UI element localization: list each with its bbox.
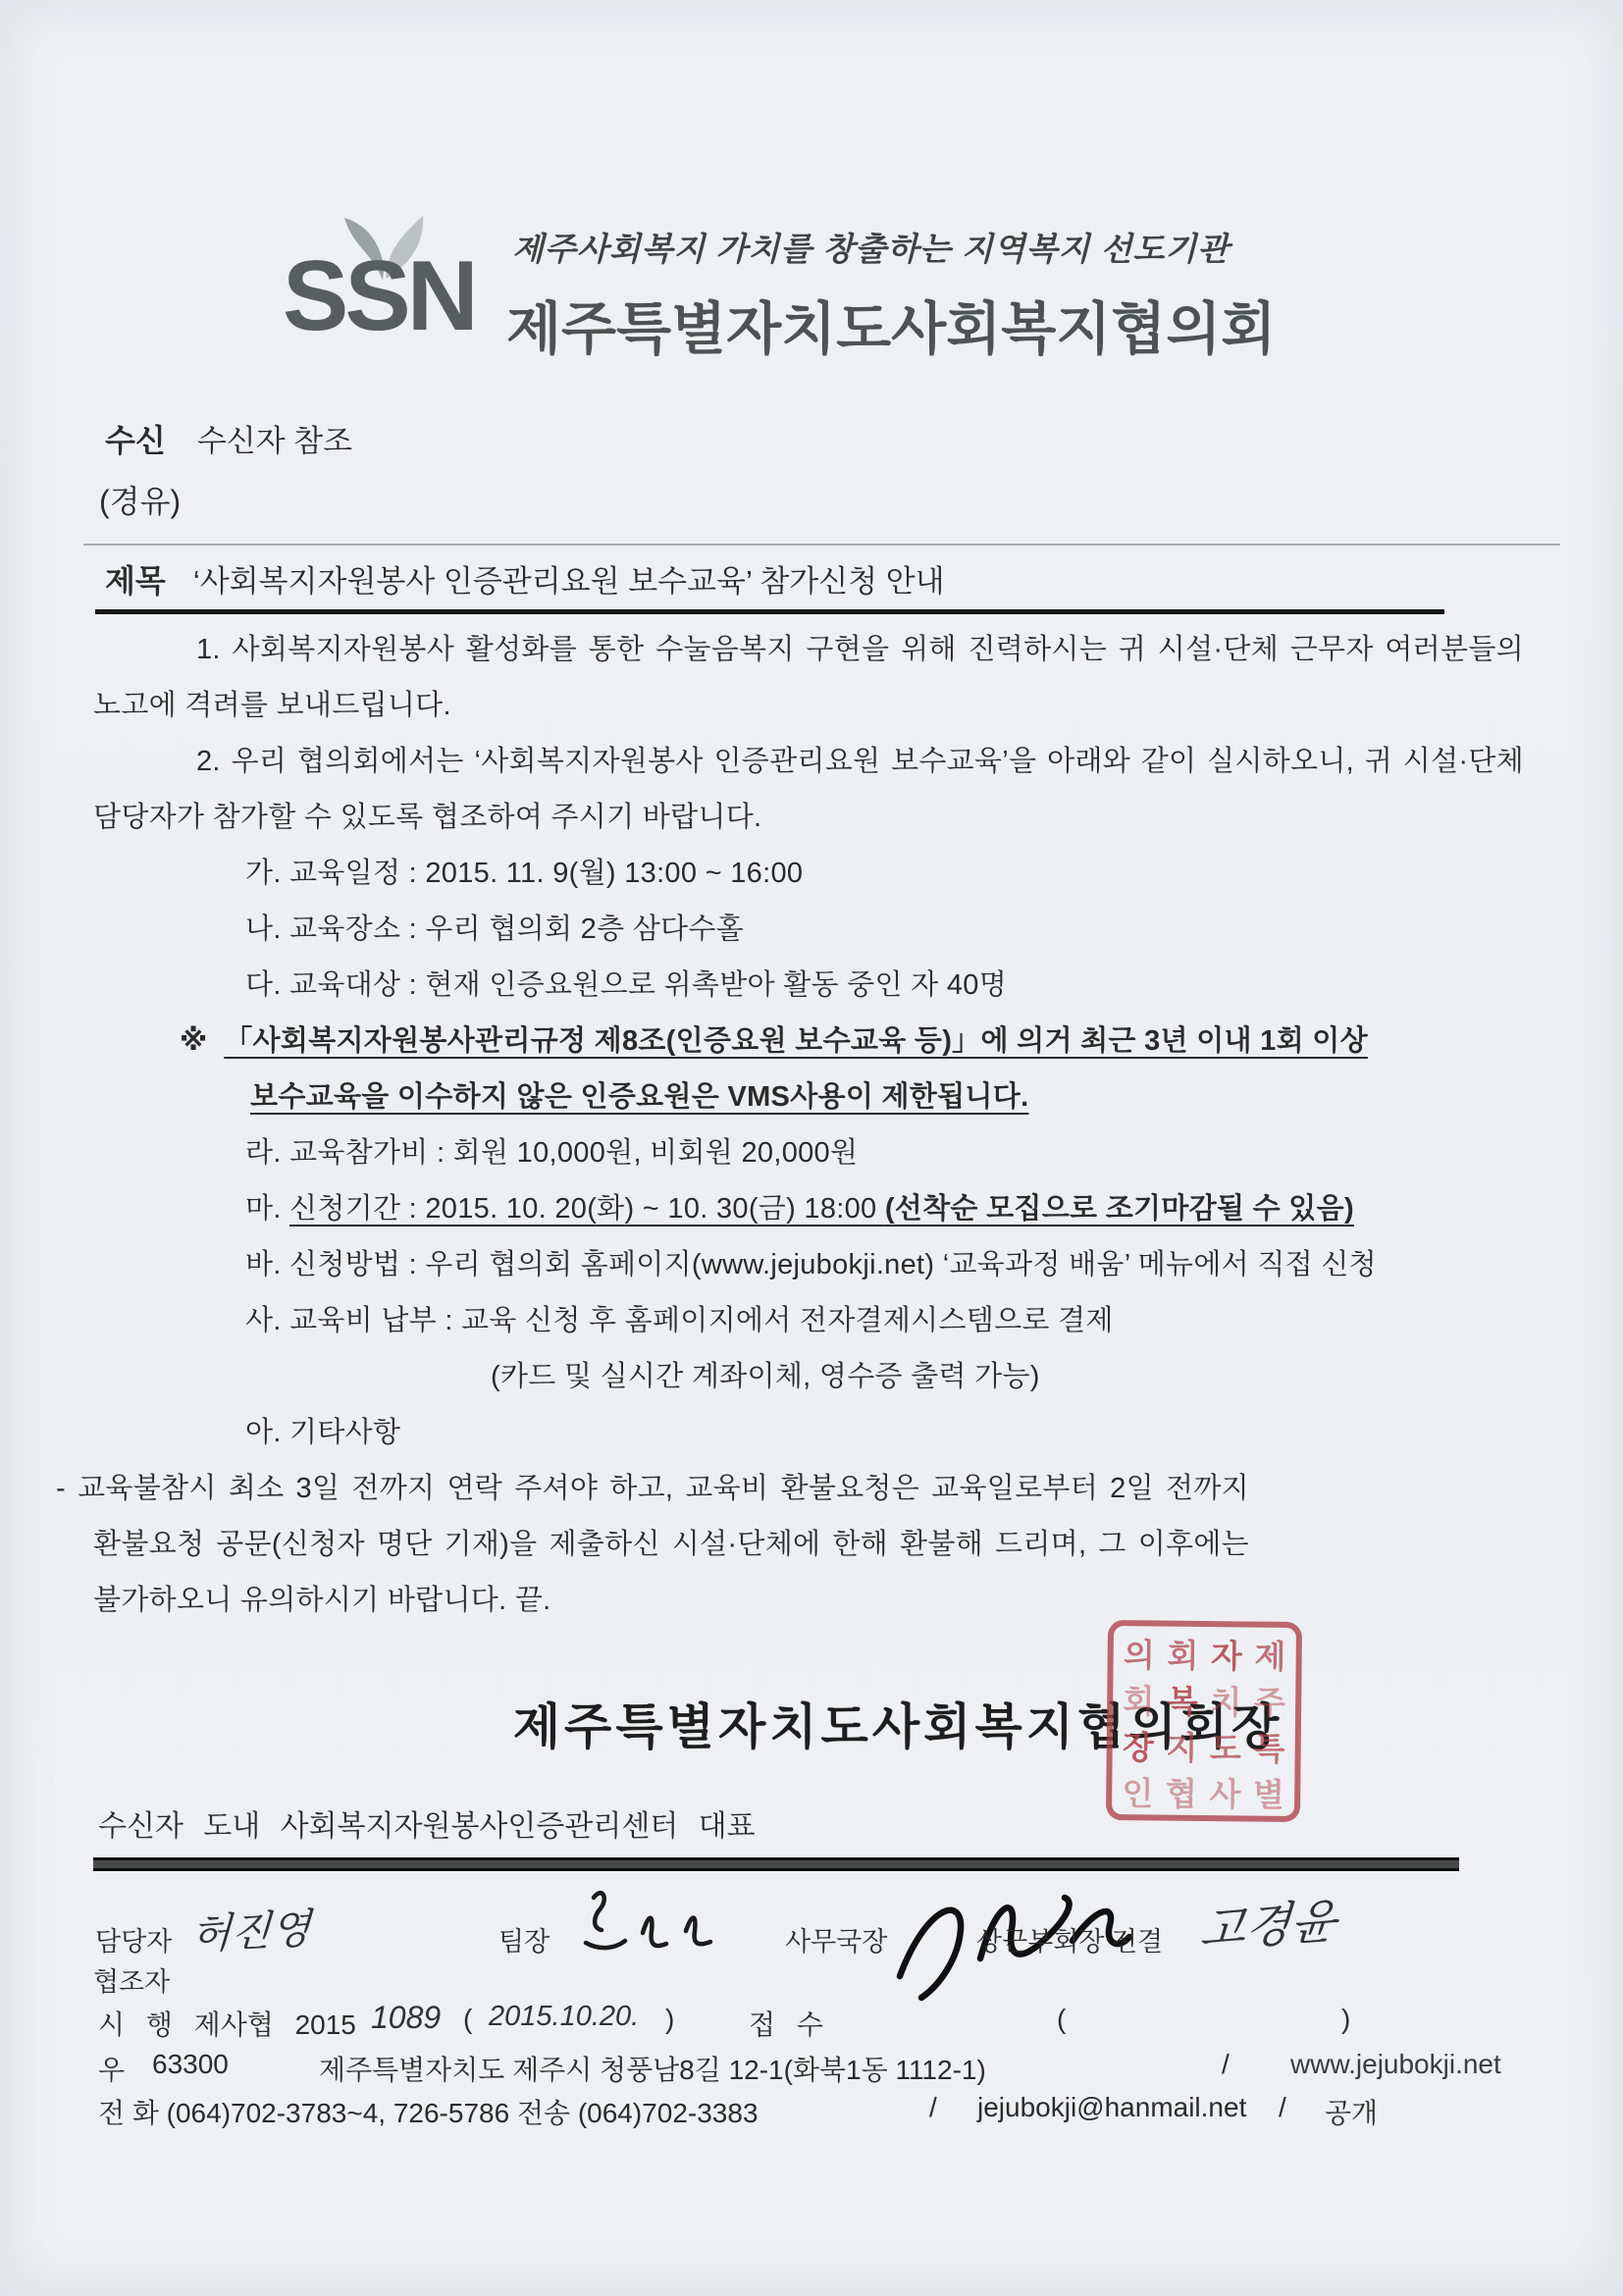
- paren-open: (: [463, 2004, 472, 2035]
- subject-value: ‘사회복지자원봉사 인증관리요원 보수교육’ 참가신청 안내: [193, 564, 945, 599]
- letter-body: 1. 사회복지자원봉사 활성화를 통한 수눌음복지 구현을 위해 진력하시는 귀…: [93, 622, 1524, 1629]
- seal-char: 회: [1117, 1676, 1161, 1722]
- item-payment: 사. 교육비 납부 : 교육 신청 후 홈페이지에서 전자결제시스템으로 결제: [93, 1293, 1524, 1349]
- contact-separator-1: /: [929, 2092, 937, 2123]
- seal-char: 사: [1203, 1769, 1247, 1815]
- organization-name: 제주특별자치도사회복지협의회: [506, 283, 1276, 365]
- signer-title: 제주특별자치도사회복지협의회장: [177, 1688, 1619, 1758]
- note-line-2-text: 보수교육을 이수하지 않은 인증요원은 VMS사용이 제한됩니다.: [250, 1081, 1028, 1113]
- seal-char: 장: [1116, 1722, 1160, 1768]
- seal-char: 인: [1116, 1768, 1160, 1814]
- seal-char: 치: [1204, 1677, 1248, 1723]
- role-secretary-general-label: 사무국장: [785, 1920, 887, 1958]
- phone-fax-numbers: 전 화 (064)702-3783~4, 726-5786 전송 (064)70…: [98, 2092, 759, 2131]
- paren-close: ): [665, 2004, 674, 2035]
- document-number-label: 시 행 제사협 2015 -: [98, 2004, 387, 2043]
- item-application-period: 마. 신청기간 : 2015. 10. 20(화) ~ 10. 30(금) 18…: [93, 1181, 1524, 1237]
- seal-char: 제: [1248, 1631, 1292, 1677]
- subject-row: 제목‘사회복지자원봉사 인증관리요원 보수교육’ 참가신청 안내: [105, 556, 945, 601]
- item-fee: 라. 교육참가비 : 회원 10,000원, 비회원 20,000원: [93, 1125, 1524, 1181]
- street-address: 제주특별자치도 제주시 청풍남8길 12-1(화북1동 1112-1): [319, 2049, 986, 2088]
- staff-signature-name: 허진영: [190, 1897, 313, 1962]
- item-etc: 아. 기타사항: [93, 1405, 1524, 1461]
- role-vice-chairman-label: 상근부회장 전결: [976, 1920, 1163, 1958]
- logo-text: SSN: [283, 251, 475, 342]
- email-address: jejubokji@hanmail.net: [977, 2092, 1246, 2123]
- address-separator: /: [1222, 2049, 1230, 2080]
- cooperator-label: 협조자: [93, 1960, 170, 1999]
- seal-char: 지: [1160, 1723, 1204, 1769]
- seal-char: 도: [1203, 1723, 1247, 1769]
- postal-code: 63300: [152, 2049, 229, 2080]
- note-marker: ※: [180, 1025, 208, 1057]
- letterhead-tagline: 제주사회복지 가치를 창출하는 지역복지 선도기관: [512, 224, 1230, 270]
- contact-separator-2: /: [1279, 2092, 1286, 2123]
- receipt-paren-open: (: [1057, 2004, 1066, 2035]
- recipients-line: 수신자 도내 사회복지자원봉사인증관리센터 대표: [98, 1801, 756, 1845]
- note-line-1-text: 「사회복지자원봉사관리규정 제8조(인증요원 보수교육 등)」에 의거 최근 3…: [224, 1025, 1368, 1057]
- vice-chairman-signature-name: 고경윤: [1198, 1883, 1339, 1960]
- receipt-paren-close: ): [1341, 2004, 1350, 2035]
- refund-notice: - 교육불참시 최소 3일 전까지 연락 주셔야 하고, 교육비 환불요청은 교…: [93, 1461, 1249, 1629]
- seal-char: 의: [1117, 1630, 1161, 1676]
- document-number-handwritten: 1089: [371, 2000, 441, 2036]
- item-venue: 나. 교육장소 : 우리 협의회 2층 삼다수홀: [93, 902, 1524, 958]
- recipient-row: 수신수신자 참조: [105, 416, 352, 461]
- role-team-leader-label: 팀장: [498, 1920, 550, 1958]
- seal-char: 자: [1204, 1631, 1248, 1677]
- seal-char: 주: [1247, 1677, 1291, 1723]
- item-schedule: 가. 교육일정 : 2015. 11. 9(월) 13:00 ~ 16:00: [93, 846, 1524, 902]
- footer-divider-bar: [93, 1857, 1459, 1871]
- note-line-2: 보수교육을 이수하지 않은 인증요원은 VMS사용이 제한됩니다.: [93, 1070, 1524, 1125]
- note-line-1: ※ 「사회복지자원봉사관리규정 제8조(인증요원 보수교육 등)」에 의거 최근…: [93, 1014, 1524, 1070]
- website-url: www.jejubokji.net: [1290, 2049, 1501, 2080]
- role-staff-label: 담당자: [95, 1920, 172, 1958]
- item-how-to-apply: 바. 신청방법 : 우리 협의회 홈페이지(www.jejubokji.net)…: [93, 1237, 1524, 1293]
- paragraph-2: 2. 우리 협의회에서는 ‘사회복지자원봉사 인증관리요원 보수교육’을 아래와…: [93, 734, 1524, 846]
- seal-char: 별: [1246, 1769, 1290, 1815]
- item-ma-bold: (선착순 모집으로 조기마감될 수 있음): [885, 1193, 1354, 1225]
- paragraph-1: 1. 사회복지자원봉사 활성화를 통한 수눌음복지 구현을 위해 진력하시는 귀…: [93, 622, 1524, 734]
- recipient-value: 수신자 참조: [197, 424, 352, 458]
- subject-label: 제목: [105, 563, 166, 599]
- seal-char: 복: [1160, 1677, 1204, 1723]
- item-ma-main: 신청기간 : 2015. 10. 20(화) ~ 10. 30(금) 18:00: [289, 1193, 885, 1225]
- document-date-handwritten: 2015.10.20.: [489, 2001, 639, 2033]
- recipient-label: 수신: [105, 423, 166, 458]
- item-target: 다. 교육대상 : 현재 인증요원으로 위촉받아 활동 중인 자 40명: [93, 958, 1524, 1014]
- thick-divider: [95, 609, 1444, 614]
- thin-divider: [83, 544, 1560, 546]
- approval-line: 담당자 허진영 팀장 사무국장 상근부회장 전결 고경윤: [93, 1896, 1565, 2004]
- team-leader-signature: [566, 1882, 753, 1975]
- disclosure-label: 공개: [1325, 2092, 1378, 2131]
- item-payment-detail: (카드 및 실시간 계좌이체, 영수증 출력 가능): [93, 1349, 1524, 1405]
- postal-label: 우: [98, 2049, 125, 2088]
- seal-char: 협: [1159, 1769, 1203, 1815]
- via-row: (경유): [99, 477, 181, 522]
- seal-char: 특: [1247, 1723, 1291, 1769]
- scanned-official-letter: SSN 제주사회복지 가치를 창출하는 지역복지 선도기관 제주특별자치도사회복…: [0, 0, 1623, 2296]
- seal-char: 회: [1161, 1631, 1205, 1677]
- seal-characters: 제주특별자치도사회복지협의회장인: [1106, 1620, 1302, 1822]
- item-ma-prefix: 마.: [245, 1193, 289, 1225]
- receipt-label: 접 수: [749, 2004, 823, 2043]
